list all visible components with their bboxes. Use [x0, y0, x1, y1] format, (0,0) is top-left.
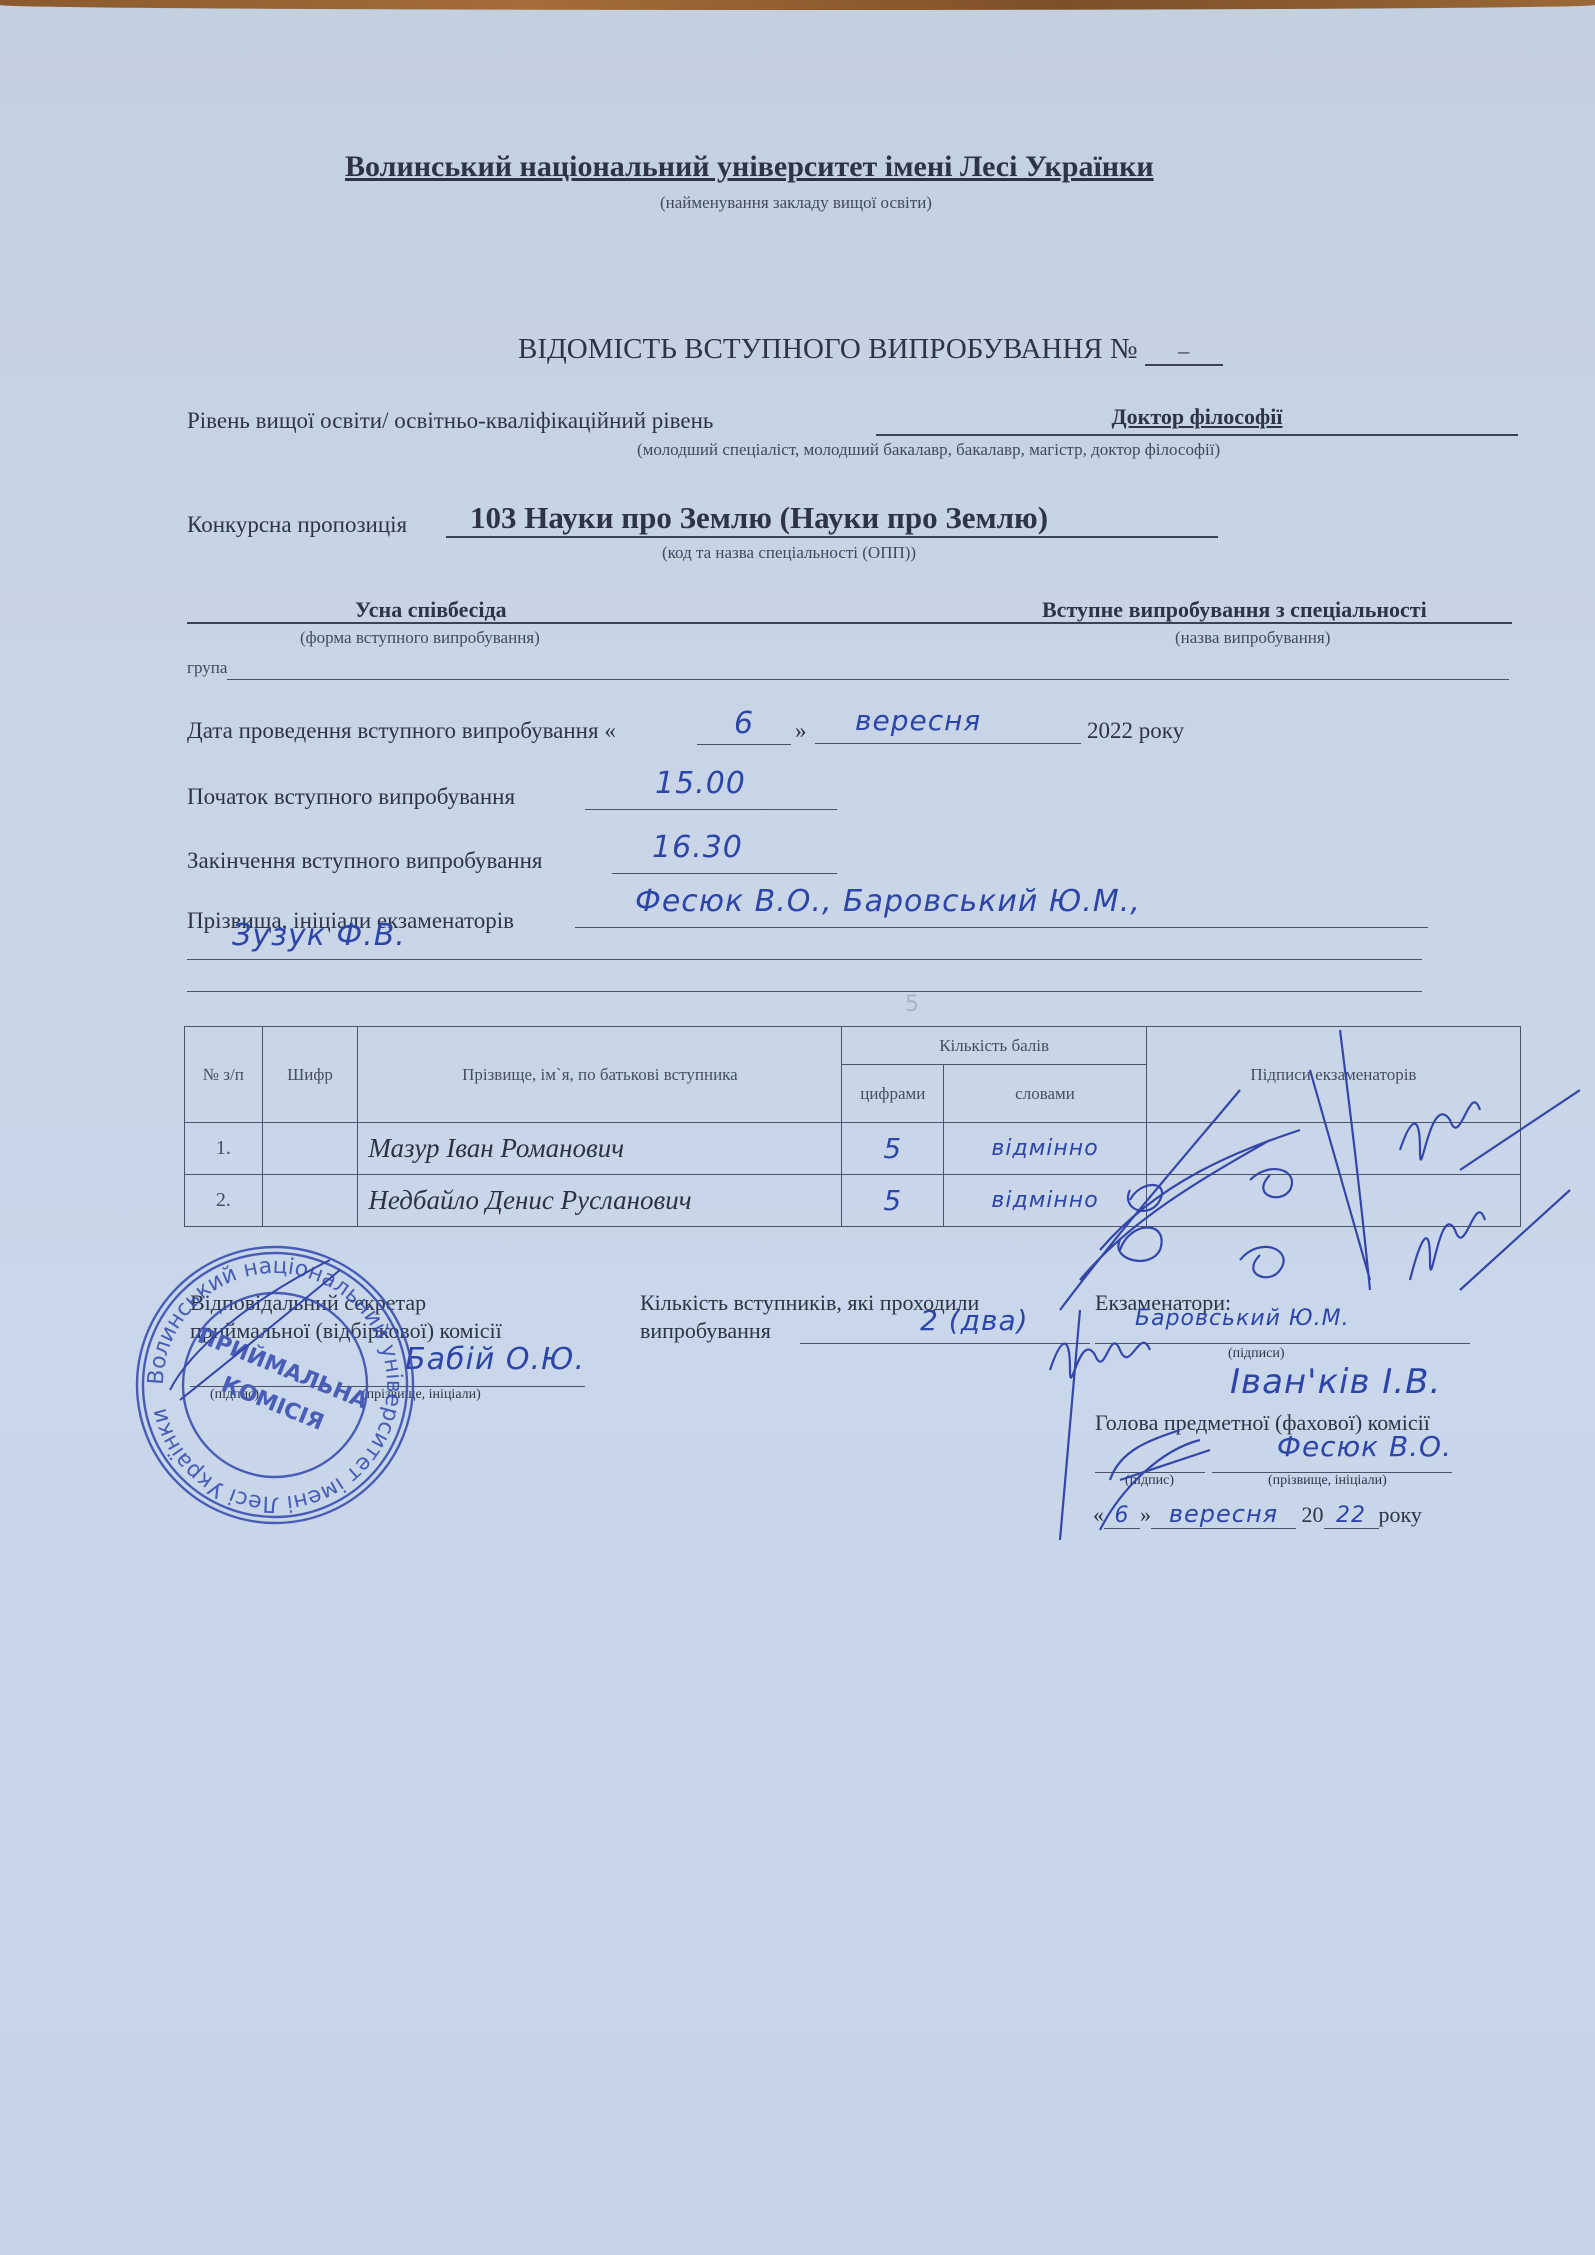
institution-name: Волинський національний університет імен…: [345, 150, 1154, 184]
end-label: Закінчення вступного випробування: [187, 848, 543, 874]
chair-name-field: Фесюк В.О.: [1212, 1430, 1452, 1473]
chair-date-day: 6: [1104, 1503, 1140, 1529]
count-label-2: випробування: [640, 1318, 771, 1344]
date-close-quote: »: [795, 718, 807, 744]
header-code: Шифр: [262, 1027, 358, 1123]
row-num: 1.: [185, 1123, 263, 1175]
exam-name-value: Вступне випробування з спеціальності: [1042, 597, 1427, 623]
chair-date-open: «: [1093, 1502, 1104, 1527]
results-table: № з/п Шифр Прізвище, ім`я, по батькові в…: [184, 1026, 1521, 1227]
level-hint: (молодший спеціаліст, молодший бакалавр,…: [637, 440, 1220, 460]
chair-sign-hint: (підпис): [1125, 1473, 1174, 1489]
group-label: група: [187, 658, 227, 678]
header-score-words: словами: [944, 1065, 1147, 1123]
form-value: Усна співбесіда: [355, 597, 507, 623]
institution-hint: (найменування закладу вищої освіти): [660, 193, 932, 213]
signatures-hint: (підписи): [1228, 1346, 1285, 1362]
table-row: 2. Недбайло Денис Русланович 5 відмінно: [185, 1175, 1521, 1227]
row-code: [262, 1123, 358, 1175]
header-score-group: Кількість балів: [842, 1027, 1146, 1065]
row-score-digits: 5: [842, 1123, 944, 1175]
count-field: 2 (два): [800, 1304, 1090, 1344]
chair-date-year-prefix: 20: [1302, 1502, 1324, 1527]
header-signatures: Підписи екзаменаторів: [1146, 1027, 1520, 1123]
table-row: 1. Мазур Іван Романович 5 відмінно: [185, 1123, 1521, 1175]
start-field: 15.00: [585, 766, 837, 810]
offer-hint: (код та назва спеціальності (ОПП)): [662, 543, 916, 563]
row-applicant-name: Недбайло Денис Русланович: [358, 1175, 842, 1227]
row-score-words: відмінно: [944, 1123, 1147, 1175]
chair-date: «6»вересня 2022року: [1093, 1500, 1422, 1529]
examiners-line-3: [187, 990, 1422, 992]
examiner-names-2: Іван'ків І.В.: [1230, 1362, 1441, 1402]
row-score-words: відмінно: [944, 1175, 1147, 1227]
form-hint: (форма вступного випробування): [300, 628, 540, 648]
pencil-mark: 5: [905, 992, 919, 1017]
header-name: Прізвище, ім`я, по батькові вступника: [358, 1027, 842, 1123]
level-label: Рівень вищої освіти/ освітньо-кваліфікац…: [187, 408, 713, 434]
chair-date-suffix: року: [1379, 1502, 1422, 1527]
exam-name-hint: (назва випробування): [1175, 628, 1330, 648]
offer-label: Конкурсна пропозиція: [187, 512, 407, 538]
row-signatures: [1146, 1175, 1520, 1227]
title-text: ВІДОМІСТЬ ВСТУПНОГО ВИПРОБУВАННЯ №: [518, 333, 1138, 365]
row-applicant-name: Мазур Іван Романович: [358, 1123, 842, 1175]
chair-date-close: »: [1140, 1502, 1151, 1527]
header-score-digits: цифрами: [842, 1065, 944, 1123]
chair-date-month: вересня: [1151, 1500, 1296, 1529]
chair-date-year: 22: [1324, 1503, 1379, 1529]
date-month-field: вересня: [815, 704, 1081, 744]
header-num: № з/п: [185, 1027, 263, 1123]
row-signatures: [1146, 1123, 1520, 1175]
chair-name-hint: (прізвище, ініціали): [1268, 1473, 1387, 1489]
chair-sign-field: [1095, 1436, 1205, 1473]
level-field: Доктор філософії: [876, 404, 1518, 436]
document-title: ВІДОМІСТЬ ВСТУПНОГО ВИПРОБУВАННЯ № –: [518, 333, 1223, 366]
offer-field: 103 Науки про Землю (Науки про Землю): [446, 500, 1218, 538]
examiners-signatures-field: Баровський Ю.М.: [1095, 1306, 1470, 1344]
date-day-field: 6: [697, 706, 791, 745]
row-code: [262, 1175, 358, 1227]
date-year: 2022 року: [1087, 718, 1184, 744]
row-score-digits: 5: [842, 1175, 944, 1227]
start-label: Початок вступного випробування: [187, 784, 515, 810]
title-number: –: [1145, 338, 1223, 366]
end-field: 16.30: [612, 830, 837, 874]
date-label: Дата проведення вступного випробування «: [187, 718, 616, 744]
row-num: 2.: [185, 1175, 263, 1227]
desk-edge: [0, 0, 1595, 10]
group-field: [227, 678, 1509, 680]
examiners-line-2: Зузук Ф.В.: [187, 918, 1422, 960]
admissions-committee-stamp: Волинський національний університет імен…: [130, 1240, 420, 1530]
